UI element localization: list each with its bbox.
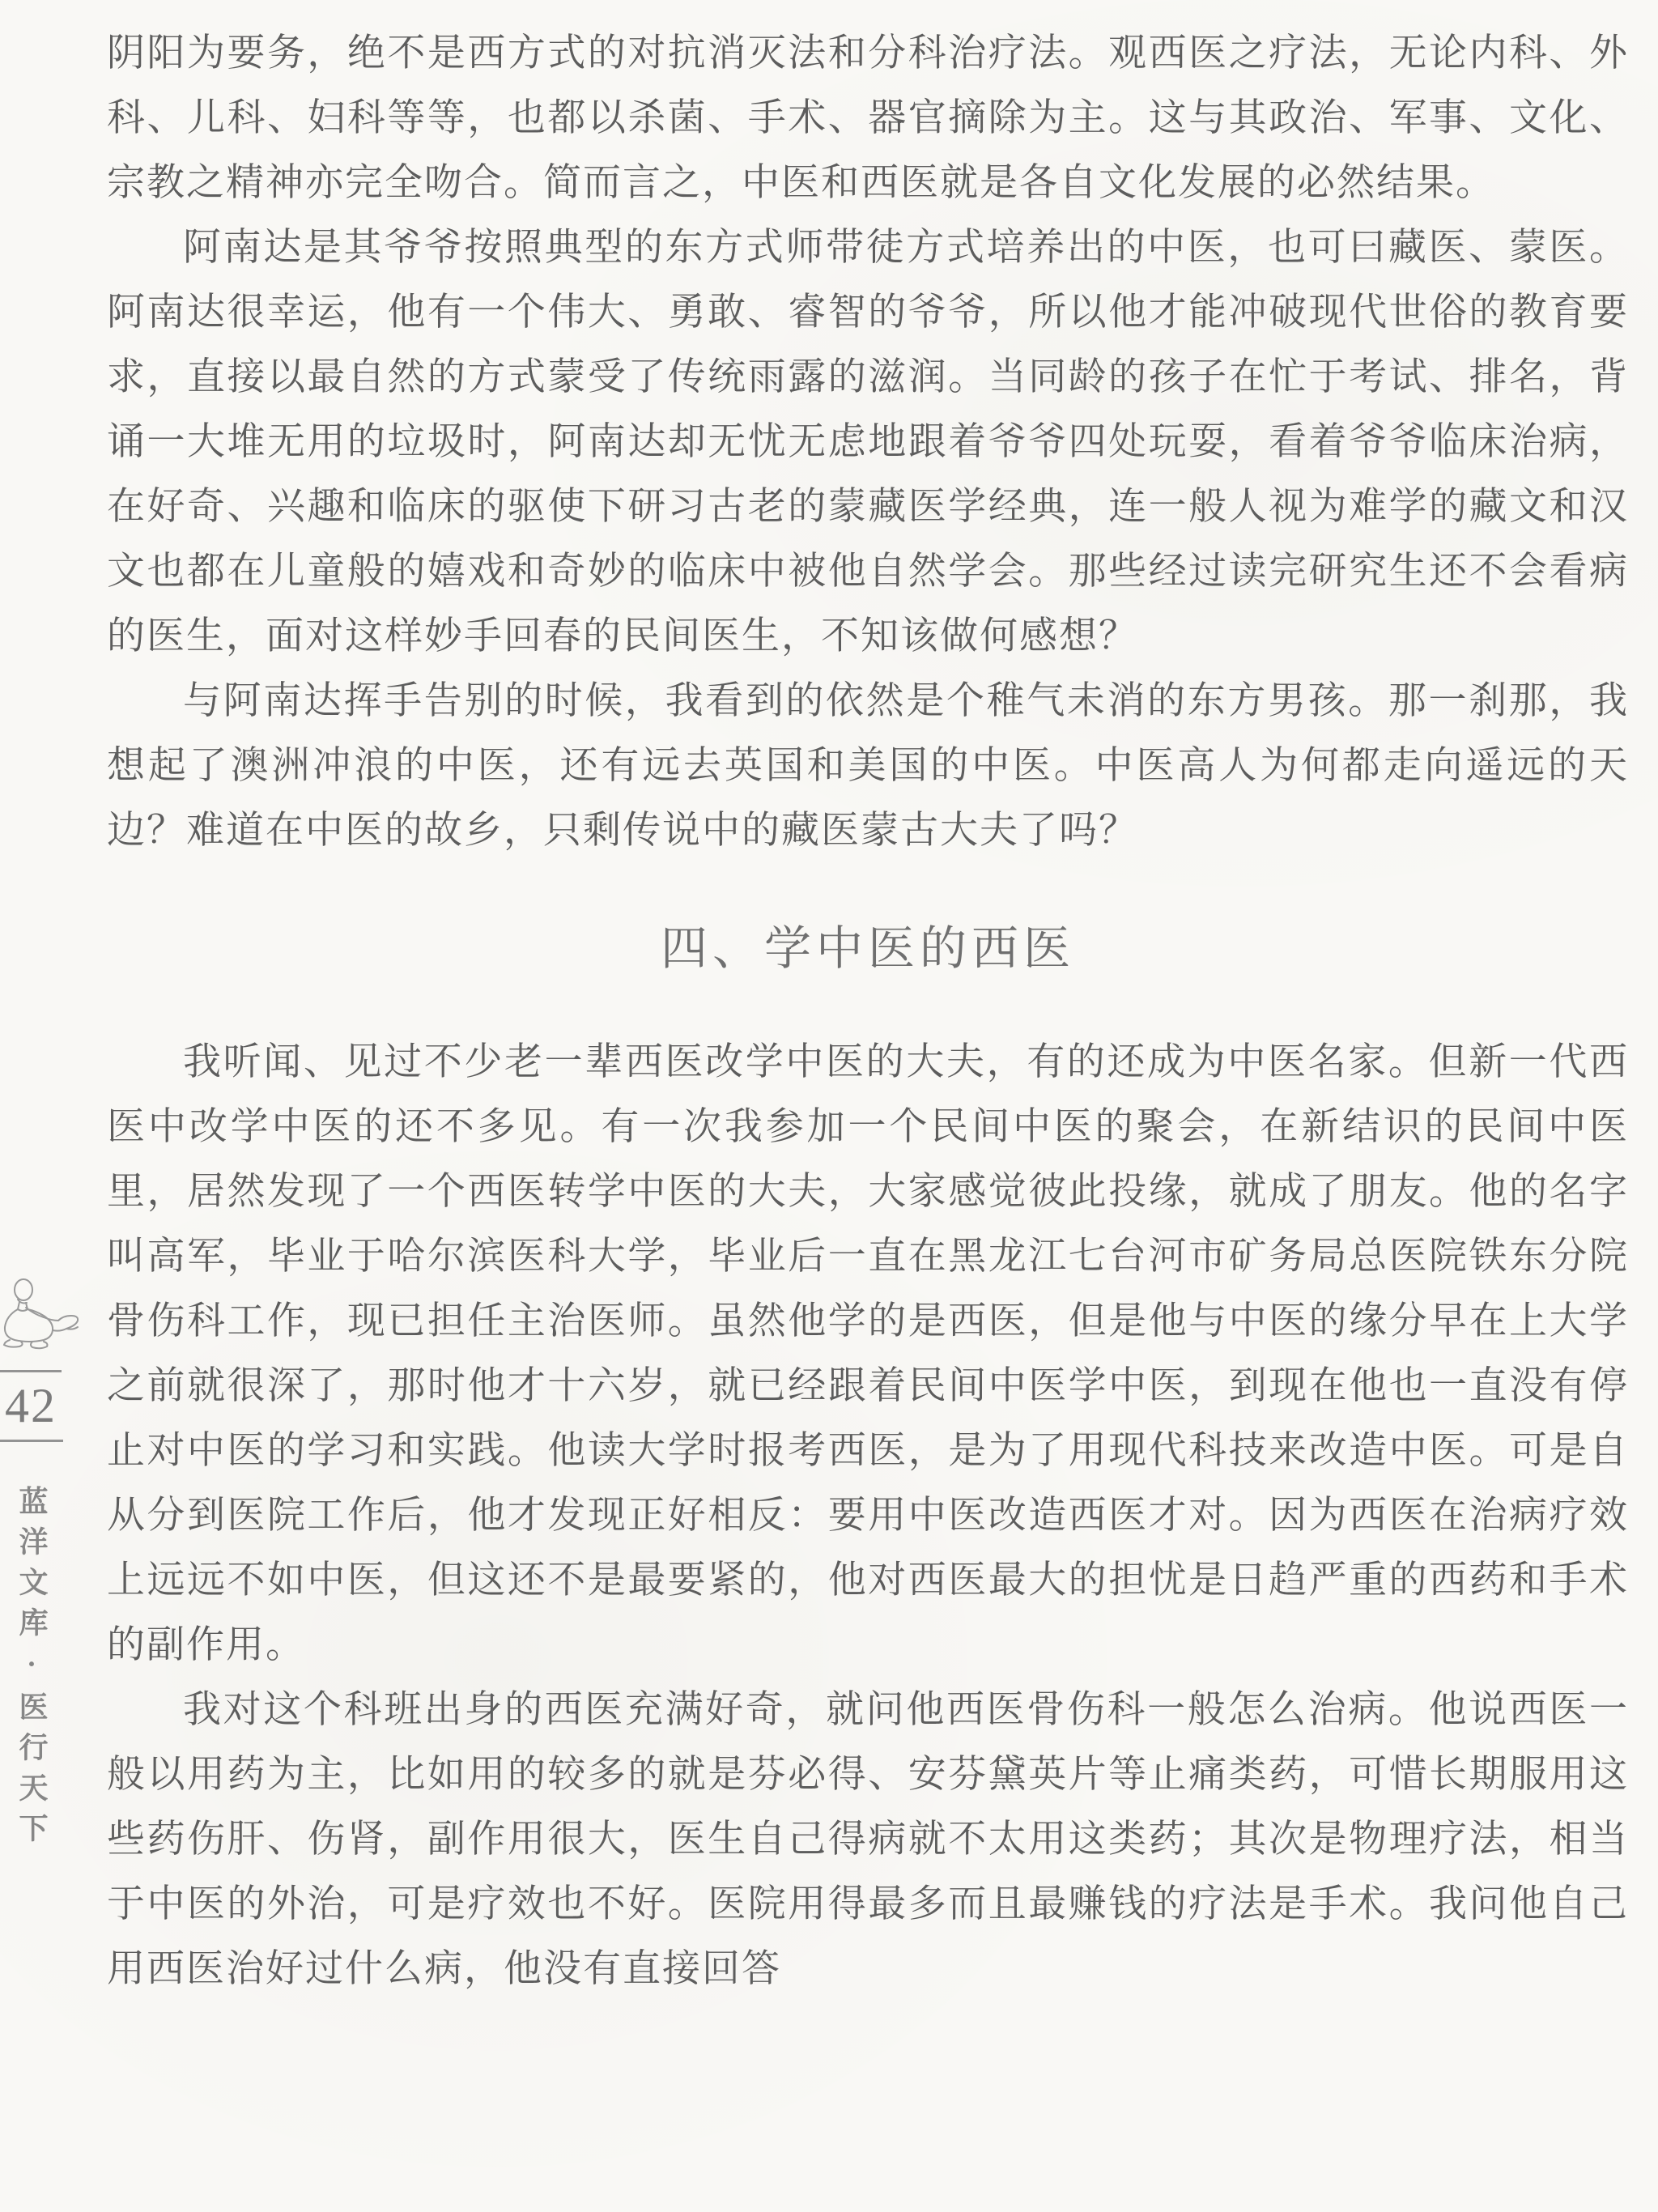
paragraph: 与阿南达挥手告别的时候，我看到的依然是个稚气未消的东方男孩。那一刹那，我想起了澳… <box>107 669 1629 863</box>
paragraph: 阿南达是其爷爷按照典型的东方式师带徒方式培养出的中医，也可曰藏医、蒙医。阿南达很… <box>107 215 1629 669</box>
page-number: 42 <box>2 1372 60 1440</box>
left-margin-sidebar: 42 蓝洋文库·医行天下 <box>0 0 105 2212</box>
series-title-vertical: 蓝洋文库·医行天下 <box>11 1486 53 1853</box>
sidebar-divider-bottom <box>0 1440 63 1442</box>
paragraph: 我听闻、见过不少老一辈西医改学中医的大夫，有的还成为中医名家。但新一代西医中改学… <box>107 1030 1629 1678</box>
page-text-block: 阴阳为要务，绝不是西方式的对抗消灭法和分科治疗法。观西医之疗法，无论内科、外科、… <box>107 21 1629 2001</box>
paragraph: 阴阳为要务，绝不是西方式的对抗消灭法和分科治疗法。观西医之疗法，无论内科、外科、… <box>107 21 1629 215</box>
paragraph: 我对这个科班出身的西医充满好奇，就问他西医骨伤科一般怎么治病。他说西医一般以用药… <box>107 1678 1629 2001</box>
massage-figure-icon <box>2 1275 86 1353</box>
section-heading: 四、学中医的西医 <box>107 910 1629 978</box>
